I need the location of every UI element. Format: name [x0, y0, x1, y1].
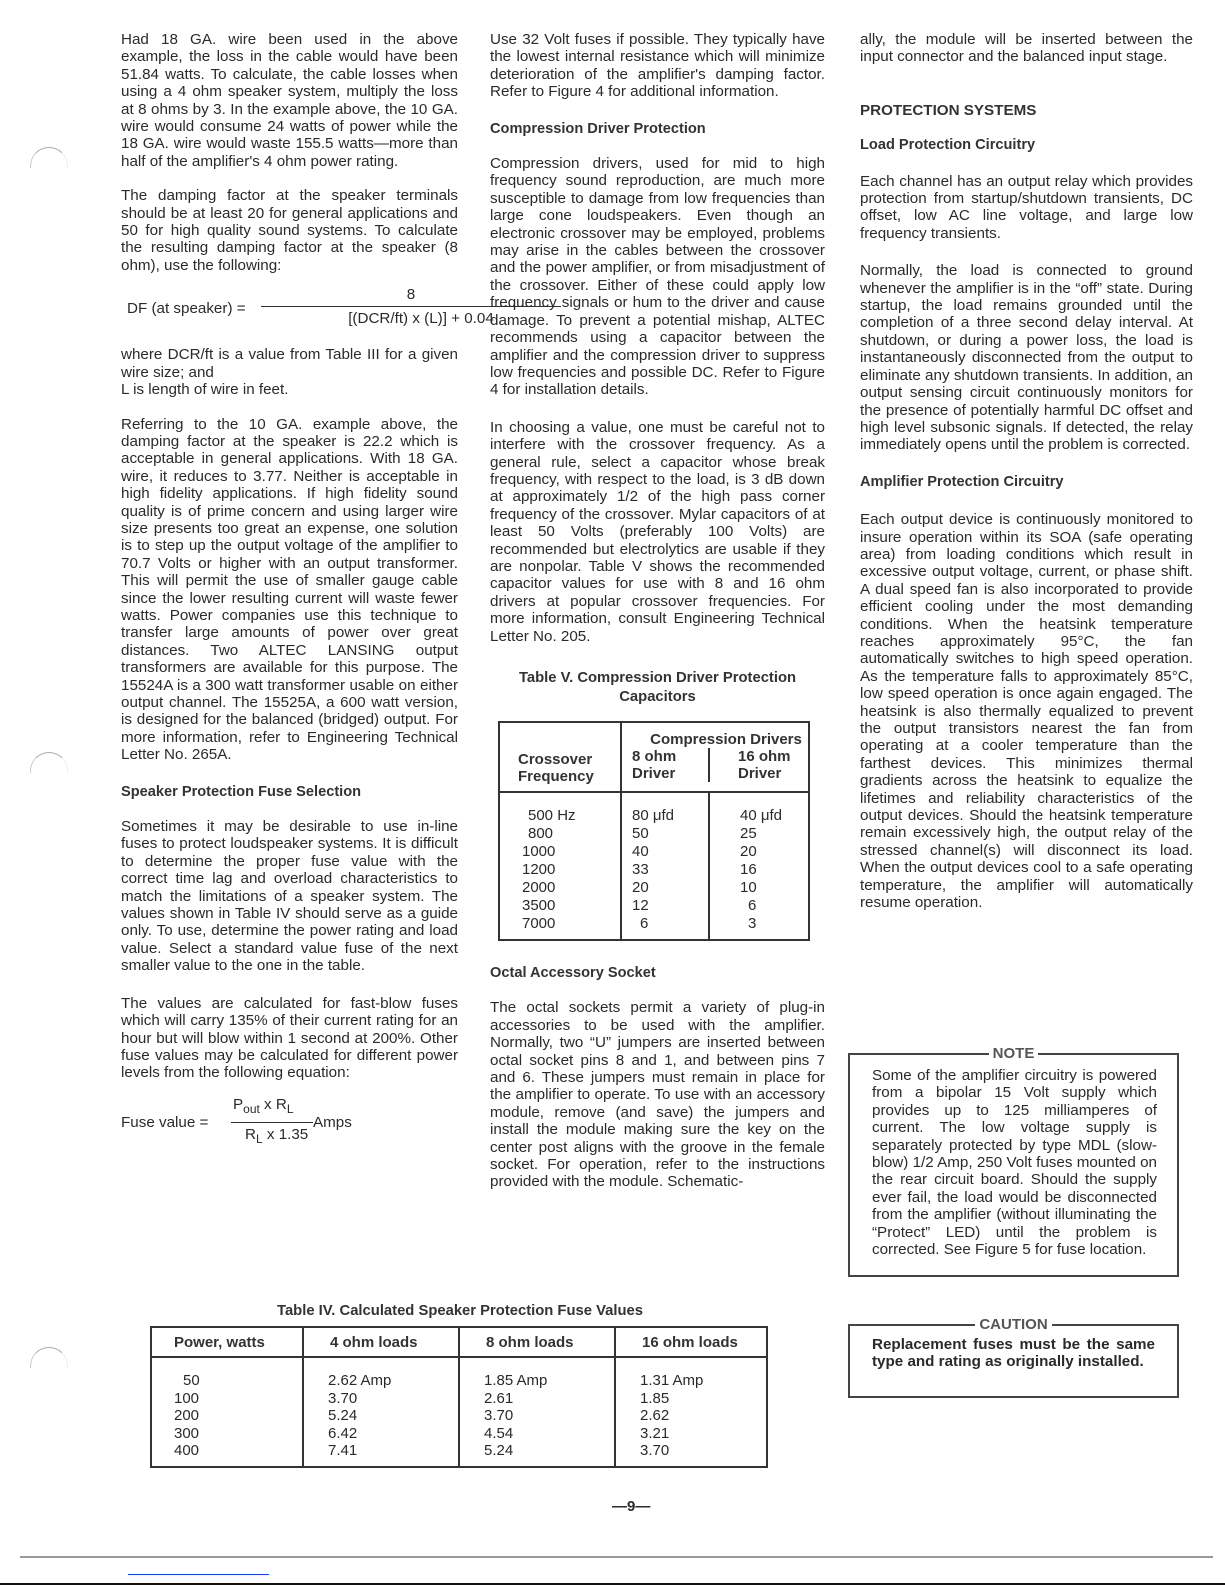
formula-subscript: L — [256, 1132, 263, 1146]
header-8-ohm-driver: 8 ohm Driver — [622, 748, 710, 782]
cell: 33 — [632, 861, 708, 879]
cell: 40 μfd — [740, 807, 808, 825]
table-compression-driver-capacitors: Crossover Frequency Compression Drivers … — [498, 721, 810, 941]
cell: 2.62 Amp — [328, 1372, 458, 1390]
cell: 2000 — [522, 879, 620, 897]
table-header-row: Power, watts 4 ohm loads 8 ohm loads 16 … — [151, 1327, 767, 1357]
cell: 400 — [174, 1442, 302, 1460]
paragraph: Had 18 GA. wire been used in the above e… — [121, 31, 458, 170]
cell: 3500 — [522, 897, 620, 915]
table-caption-line: Table V. Compression Driver Protection — [519, 670, 796, 686]
note-body: Some of the amplifier circuitry is power… — [850, 1055, 1177, 1264]
paragraph: where DCR/ft is a value from Table III f… — [121, 346, 458, 398]
cell: 1000 — [522, 843, 620, 861]
cell: 10 — [740, 879, 808, 897]
cell: 1.31 Amp — [640, 1372, 766, 1390]
cell: 5.24 — [484, 1442, 614, 1460]
cell: 4.54 — [484, 1425, 614, 1443]
table-caption-line: Capacitors — [619, 689, 695, 705]
cell: 6 — [740, 897, 808, 915]
header-16-ohm: 16 ohm loads — [615, 1327, 767, 1357]
cell: 200 — [174, 1407, 302, 1425]
column-2: Use 32 Volt fuses if possible. They typi… — [490, 31, 825, 1208]
caution-box: CAUTION Replacement fuses must be the sa… — [848, 1324, 1179, 1398]
caution-title-text: CAUTION — [975, 1316, 1051, 1333]
section-heading: Octal Accessory Socket — [490, 965, 825, 982]
cell: 3.70 — [328, 1390, 458, 1408]
cell: 5.24 — [328, 1407, 458, 1425]
header-power: Power, watts — [151, 1327, 303, 1357]
formula-unit: Amps — [313, 1114, 352, 1131]
paragraph: The values are calculated for fast-blow … — [121, 995, 458, 1082]
header-crossover-frequency: Crossover Frequency — [499, 722, 621, 792]
cell: 1200 — [522, 861, 620, 879]
header-4-ohm: 4 ohm loads — [303, 1327, 459, 1357]
table-fuse-values: Power, watts 4 ohm loads 8 ohm loads 16 … — [150, 1326, 768, 1468]
header-group-label: Compression Drivers — [622, 731, 808, 748]
link-underline[interactable] — [128, 1574, 269, 1575]
formula-lhs: DF (at speaker) = — [127, 300, 246, 317]
binder-hole-mark — [30, 752, 68, 773]
formula-note: where DCR/ft is a value from Table III f… — [121, 346, 458, 380]
cell: 40 — [632, 843, 708, 861]
column-power-values: 50 100 200 300 400 — [151, 1357, 303, 1467]
section-heading: Compression Driver Protection — [490, 121, 825, 138]
paragraph: Each channel has an output relay which p… — [860, 173, 1193, 243]
page-bottom-rule — [20, 1556, 1213, 1558]
cell: 2.61 — [484, 1390, 614, 1408]
table-iv-section: Table IV. Calculated Speaker Protection … — [150, 1302, 770, 1468]
header-16-ohm-driver: 16 ohm Driver — [710, 748, 808, 782]
formula-numerator: Pout x RL — [233, 1096, 294, 1118]
cell: 100 — [174, 1390, 302, 1408]
column-1: Had 18 GA. wire been used in the above e… — [121, 31, 458, 1156]
binder-hole-mark — [30, 1347, 68, 1368]
header-8-ohm: 8 ohm loads — [459, 1327, 615, 1357]
fuse-value-formula: Fuse value = Pout x RL Amps RL x 1.35 — [121, 1096, 458, 1156]
table-header-row: Crossover Frequency Compression Drivers … — [499, 722, 809, 792]
formula-subscript: L — [287, 1102, 294, 1116]
header-compression-drivers: Compression Drivers 8 ohm Driver 16 ohm … — [621, 722, 809, 792]
note-title-text: NOTE — [989, 1045, 1039, 1062]
caution-title: CAUTION — [850, 1316, 1177, 1334]
fraction-bar — [231, 1122, 313, 1123]
cell: 25 — [740, 825, 808, 843]
paragraph: The damping factor at the speaker termin… — [121, 187, 458, 274]
cell: 6 — [632, 915, 708, 933]
cell: 7000 — [522, 915, 620, 933]
paragraph: Use 32 Volt fuses if possible. They typi… — [490, 31, 825, 101]
paragraph: Sometimes it may be desirable to use in-… — [121, 818, 458, 975]
formula-symbol: P — [233, 1096, 243, 1113]
cell: 500 Hz — [522, 807, 620, 825]
subsection-heading: Load Protection Circuitry — [860, 137, 1193, 154]
cell: 7.41 — [328, 1442, 458, 1460]
section-heading: Speaker Protection Fuse Selection — [121, 784, 458, 801]
column-8-ohm-values: 80 μfd 50 40 33 20 12 6 — [621, 792, 709, 940]
section-heading: PROTECTION SYSTEMS — [860, 102, 1193, 119]
paragraph: In choosing a value, one must be careful… — [490, 419, 825, 645]
table-body-row: 500 Hz 800 1000 1200 2000 3500 7000 80 μ… — [499, 792, 809, 940]
cell: 1.85 — [640, 1390, 766, 1408]
cell: 3.70 — [484, 1407, 614, 1425]
paragraph: Normally, the load is connected to groun… — [860, 262, 1193, 453]
formula-symbol: x R — [260, 1096, 287, 1113]
cell: 80 μfd — [632, 807, 708, 825]
column-3: ally, the module will be inserted betwee… — [860, 31, 1193, 928]
cell: 2.62 — [640, 1407, 766, 1425]
paragraph: Referring to the 10 GA. example above, t… — [121, 416, 458, 764]
cell: 300 — [174, 1425, 302, 1443]
note-box: NOTE Some of the amplifier circuitry is … — [848, 1053, 1179, 1277]
page-number: —9— — [612, 1498, 650, 1515]
cell: 16 — [740, 861, 808, 879]
cell: 50 — [632, 825, 708, 843]
damping-factor-formula: DF (at speaker) = 8 [(DCR/ft) x (L)] + 0… — [121, 286, 458, 342]
formula-symbol: R — [245, 1126, 256, 1143]
paragraph: Each output device is continuously monit… — [860, 511, 1193, 911]
formula-denominator: RL x 1.35 — [245, 1126, 308, 1148]
formula-lhs: Fuse value = — [121, 1114, 208, 1131]
header-subcolumns: 8 ohm Driver 16 ohm Driver — [622, 748, 808, 782]
formula-note: L is length of wire in feet. — [121, 381, 288, 398]
table-body-row: 50 100 200 300 400 2.62 Amp 3.70 5.24 6.… — [151, 1357, 767, 1467]
cell: 20 — [632, 879, 708, 897]
cell: 800 — [522, 825, 620, 843]
cell: 20 — [740, 843, 808, 861]
column-frequency-values: 500 Hz 800 1000 1200 2000 3500 7000 — [499, 792, 621, 940]
cell: 50 — [174, 1372, 302, 1390]
cell: 3.70 — [640, 1442, 766, 1460]
column-16-ohm-values: 40 μfd 25 20 16 10 6 3 — [709, 792, 809, 940]
paragraph: Compression drivers, used for mid to hig… — [490, 155, 825, 399]
cell: 6.42 — [328, 1425, 458, 1443]
cell: 3 — [740, 915, 808, 933]
formula-subscript: out — [243, 1102, 260, 1116]
paragraph: ally, the module will be inserted betwee… — [860, 31, 1193, 66]
column-16-ohm-values: 1.31 Amp 1.85 2.62 3.21 3.70 — [615, 1357, 767, 1467]
cell: 3.21 — [640, 1425, 766, 1443]
table-caption: Table IV. Calculated Speaker Protection … — [150, 1302, 770, 1321]
cell: 12 — [632, 897, 708, 915]
column-8-ohm-values: 1.85 Amp 2.61 3.70 4.54 5.24 — [459, 1357, 615, 1467]
note-title: NOTE — [850, 1045, 1177, 1063]
subsection-heading: Amplifier Protection Circuitry — [860, 474, 1193, 491]
binder-hole-mark — [30, 147, 68, 168]
formula-symbol: x 1.35 — [263, 1126, 309, 1143]
column-4-ohm-values: 2.62 Amp 3.70 5.24 6.42 7.41 — [303, 1357, 459, 1467]
cell: 1.85 Amp — [484, 1372, 614, 1390]
table-caption: Table V. Compression Driver Protection C… — [490, 669, 825, 707]
paragraph: The octal sockets permit a variety of pl… — [490, 999, 825, 1190]
